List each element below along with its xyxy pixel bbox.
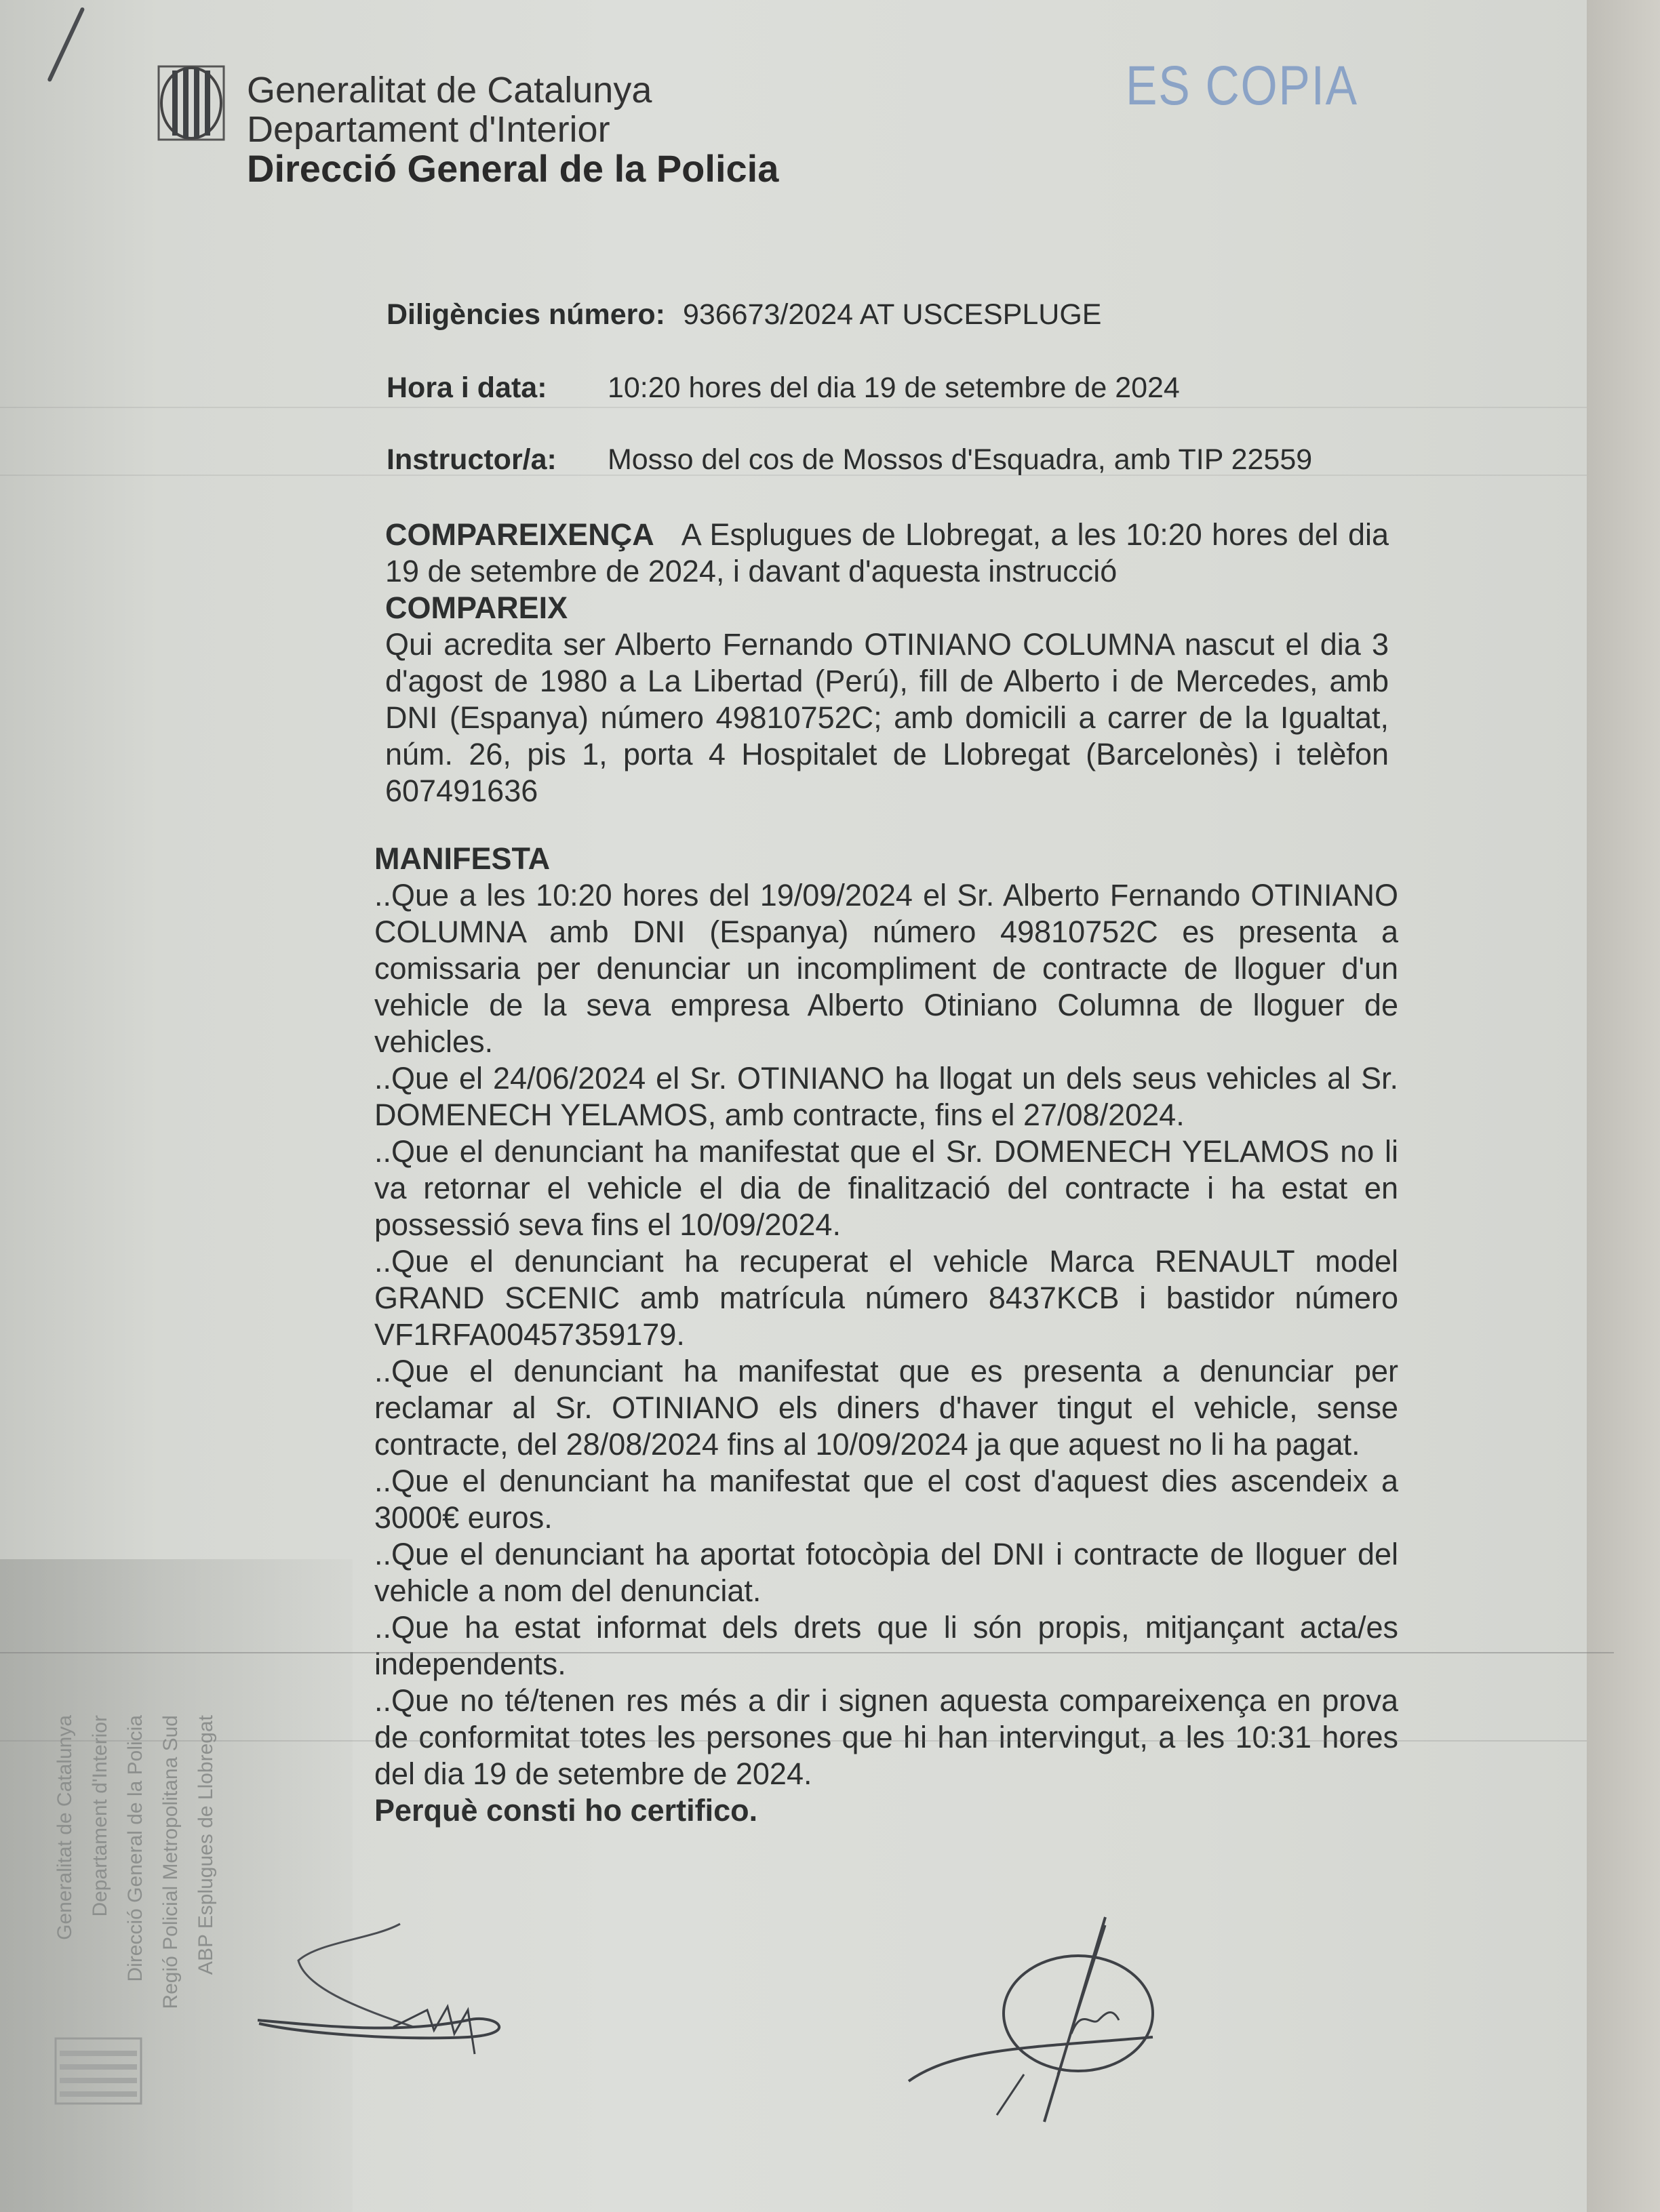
closing-statement: Perquè consti ho certifico. xyxy=(374,1792,1398,1829)
compareixenca-section: COMPAREIXENÇA A Esplugues de Llobregat, … xyxy=(385,517,1389,809)
field-instructor: Instructor/a: Mosso del cos de Mossos d'… xyxy=(387,443,1312,477)
compareixenca-heading: COMPAREIXENÇA xyxy=(385,517,654,552)
org-line-3: Direcció General de la Policia xyxy=(247,149,778,188)
copy-stamp: ES COPIA xyxy=(1126,54,1358,118)
manifesta-section: MANIFESTA ..Que a les 10:20 hores del 19… xyxy=(374,841,1398,1829)
hora-label: Hora i data: xyxy=(387,371,599,405)
manifesta-item: ..Que el 24/06/2024 el Sr. OTINIANO ha l… xyxy=(374,1060,1398,1133)
hora-value: 10:20 hores del dia 19 de setembre de 20… xyxy=(608,371,1180,404)
instructor-signature xyxy=(902,1912,1214,2129)
compareix-heading: COMPAREIX xyxy=(385,590,1389,626)
manifesta-item: ..Que ha estat informat dels drets que l… xyxy=(374,1609,1398,1683)
manifesta-item: ..Que no té/tenen res més a dir i signen… xyxy=(374,1683,1398,1792)
side-stamp-text: Generalitat de Catalunya Departament d'I… xyxy=(47,1620,224,2108)
org-line-2: Departament d'Interior xyxy=(247,110,778,149)
manifesta-item: ..Que el denunciant ha manifestat que el… xyxy=(374,1463,1398,1536)
instructor-label: Instructor/a: xyxy=(387,443,599,477)
side-stamp-logo-icon xyxy=(54,2037,142,2105)
manifesta-item: ..Que el denunciant ha aportat fotocòpia… xyxy=(374,1536,1398,1609)
compareix-text: Qui acredita ser Alberto Fernando OTINIA… xyxy=(385,626,1389,809)
manifesta-heading: MANIFESTA xyxy=(374,841,1398,877)
field-hora-data: Hora i data: 10:20 hores del dia 19 de s… xyxy=(387,371,1180,405)
fold-line xyxy=(0,1652,1614,1653)
manifesta-item: ..Que el denunciant ha recuperat el vehi… xyxy=(374,1243,1398,1353)
manifesta-item: ..Que a les 10:20 hores del 19/09/2024 e… xyxy=(374,877,1398,1060)
page-edge xyxy=(1587,0,1660,2212)
fold-line xyxy=(0,475,1587,476)
diligencies-value: 936673/2024 AT USCESPLUGE xyxy=(683,298,1102,331)
declarant-signature xyxy=(251,1912,604,2074)
diligencies-label: Diligències número: xyxy=(387,298,665,331)
side-stamp-line: Regió Policial Metropolitana Sud xyxy=(153,1715,189,2108)
side-stamp-line: ABP Esplugues de Llobregat xyxy=(189,1715,224,2108)
manifesta-item: ..Que el denunciant ha manifestat que el… xyxy=(374,1133,1398,1243)
fold-line xyxy=(0,407,1587,408)
generalitat-logo-icon xyxy=(157,65,225,141)
instructor-value: Mosso del cos de Mossos d'Esquadra, amb … xyxy=(608,443,1312,476)
organization-name: Generalitat de Catalunya Departament d'I… xyxy=(247,71,778,188)
org-line-1: Generalitat de Catalunya xyxy=(247,71,778,110)
manifesta-item: ..Que el denunciant ha manifestat que es… xyxy=(374,1353,1398,1463)
fold-line xyxy=(0,1740,1587,1742)
police-side-stamp: Generalitat de Catalunya Departament d'I… xyxy=(47,1620,224,2108)
field-diligencies: Diligències número: 936673/2024 AT USCES… xyxy=(387,298,1101,331)
